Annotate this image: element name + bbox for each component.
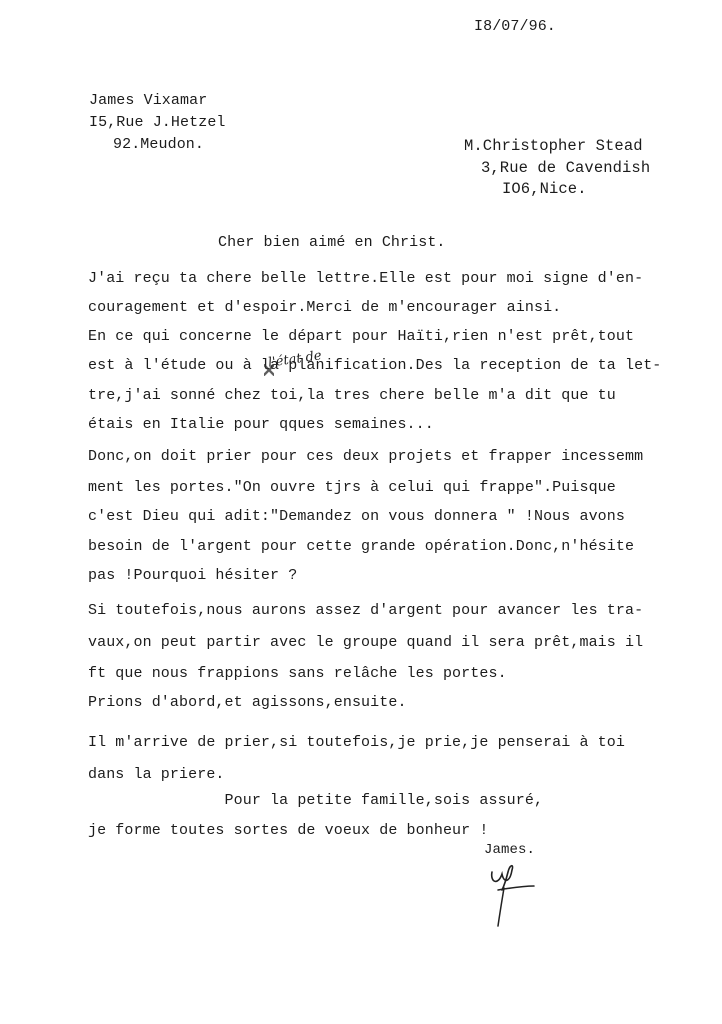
body-line: Prions d'abord,et agissons,ensuite. bbox=[88, 694, 407, 712]
body-line: besoin de l'argent pour cette grande opé… bbox=[88, 538, 634, 556]
sender-street: I5,Rue J.Hetzel bbox=[89, 114, 226, 132]
body-line: Pour la petite famille,sois assuré, bbox=[88, 792, 543, 810]
recipient-street: 3,Rue de Cavendish bbox=[481, 159, 650, 177]
body-line: c'est Dieu qui adit:"Demandez on vous do… bbox=[88, 508, 625, 526]
signature-icon bbox=[480, 860, 550, 930]
body-line: Donc,on doit prier pour ces deux projets… bbox=[88, 448, 643, 466]
salutation: Cher bien aimé en Christ. bbox=[218, 234, 446, 252]
body-line: J'ai reçu ta chere belle lettre.Elle est… bbox=[88, 270, 643, 288]
body-line: En ce qui concerne le départ pour Haïti,… bbox=[88, 328, 634, 346]
body-line: ment les portes."On ouvre tjrs à celui q… bbox=[88, 479, 616, 497]
body-line: tre,j'ai sonné chez toi,la tres chere be… bbox=[88, 387, 616, 405]
body-line: est à l'étude ou à la planification.Des … bbox=[88, 357, 661, 375]
closing-name: James. bbox=[484, 841, 535, 859]
body-line: Si toutefois,nous aurons assez d'argent … bbox=[88, 602, 643, 620]
sender-city: 92.Meudon. bbox=[113, 136, 204, 154]
body-line: je forme toutes sortes de voeux de bonhe… bbox=[88, 822, 488, 840]
body-line: dans la priere. bbox=[88, 766, 225, 784]
body-line: vaux,on peut partir avec le groupe quand… bbox=[88, 634, 643, 652]
body-line: pas !Pourquoi hésiter ? bbox=[88, 567, 297, 585]
sender-name: James Vixamar bbox=[89, 92, 207, 110]
letter-date: I8/07/96. bbox=[474, 18, 556, 36]
recipient-city: IO6,Nice. bbox=[502, 180, 587, 198]
recipient-name: M.Christopher Stead bbox=[464, 137, 643, 155]
body-line: étais en Italie pour qques semaines... bbox=[88, 416, 434, 434]
body-line: ft que nous frappions sans relâche les p… bbox=[88, 665, 507, 683]
body-line: Il m'arrive de prier,si toutefois,je pri… bbox=[88, 734, 625, 752]
body-line: couragement et d'espoir.Merci de m'encou… bbox=[88, 299, 561, 317]
